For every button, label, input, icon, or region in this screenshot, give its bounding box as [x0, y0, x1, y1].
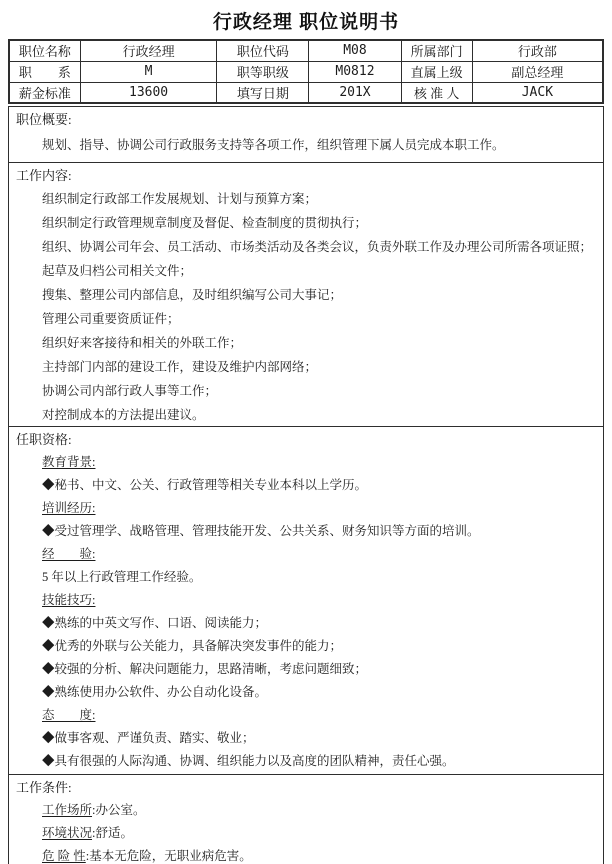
condition-item-environment: 环境状况:舒适。: [42, 822, 597, 845]
field-value-department: 行政部: [472, 40, 603, 61]
field-value-salary: 13600: [80, 82, 217, 103]
field-value-approver: JACK: [472, 82, 603, 103]
qualification-item: ◆具有很强的人际沟通、协调、组织能力以及高度的团队精神，责任心强。: [42, 750, 597, 773]
qualification-item: ◆熟练使用办公软件、办公自动化设备。: [42, 681, 597, 704]
document-page: 行政经理 职位说明书 职位名称 行政经理 职位代码 M08 所属部门 行政部 职…: [0, 0, 612, 864]
field-label-supervisor: 直属上级: [401, 61, 472, 82]
qualification-subheading-skills: 技能技巧:: [42, 589, 597, 612]
qualification-item: 5 年以上行政管理工作经验。: [42, 566, 597, 589]
qualification-subheading-attitude: 态 度:: [42, 704, 597, 727]
qualification-subheading-experience: 经 验:: [42, 543, 597, 566]
summary-text: 规划、指导、协调公司行政服务支持等各项工作，组织管理下属人员完成本职工作。: [42, 131, 597, 159]
field-value-supervisor: 副总经理: [472, 61, 603, 82]
condition-text: :基本无危险，无职业病危害。: [86, 849, 252, 863]
duty-item: 起草及归档公司相关文件；: [42, 259, 597, 283]
condition-label: 环境状况: [42, 826, 92, 840]
condition-text: :办公室。: [92, 803, 145, 817]
duty-item: 组织好来客接待和相关的外联工作；: [42, 331, 597, 355]
section-heading-qualifications: 任职资格:: [16, 429, 597, 451]
field-label-position-code: 职位代码: [217, 40, 309, 61]
condition-item-workplace: 工作场所:办公室。: [42, 799, 597, 822]
table-row: 薪金标准 13600 填写日期 201X 核 准 人 JACK: [9, 82, 603, 103]
condition-label: 危 险 性: [42, 849, 86, 863]
field-value-position-name: 行政经理: [80, 40, 217, 61]
page-title: 行政经理 职位说明书: [0, 0, 612, 39]
section-qualifications: 任职资格: 教育背景: ◆秘书、中文、公关、行政管理等相关专业本科以上学历。 培…: [9, 427, 603, 775]
qualification-subheading-education: 教育背景:: [42, 451, 597, 474]
duty-item: 主持部门内部的建设工作，建设及维护内部网络；: [42, 355, 597, 379]
qualification-item: ◆受过管理学、战略管理、管理技能开发、公共关系、财务知识等方面的培训。: [42, 520, 597, 543]
field-label-department: 所属部门: [401, 40, 472, 61]
field-label-position-name: 职位名称: [9, 40, 80, 61]
content-box: 职位概要: 规划、指导、协调公司行政服务支持等各项工作，组织管理下属人员完成本职…: [8, 106, 604, 864]
qualification-item: ◆优秀的外联与公关能力，具备解决突发事件的能力；: [42, 635, 597, 658]
duty-item: 对控制成本的方法提出建议。: [42, 403, 597, 427]
field-label-job-family: 职 系: [9, 61, 80, 82]
qualification-item: ◆较强的分析、解决问题能力，思路清晰，考虑问题细致；: [42, 658, 597, 681]
condition-text: :舒适。: [92, 826, 133, 840]
section-heading-duties: 工作内容:: [16, 165, 597, 187]
field-value-job-grade: M0812: [309, 61, 401, 82]
duty-item: 组织制定行政部工作发展规划、计划与预算方案；: [42, 187, 597, 211]
section-heading-summary: 职位概要:: [16, 109, 597, 131]
table-row: 职位名称 行政经理 职位代码 M08 所属部门 行政部: [9, 40, 603, 61]
section-summary: 职位概要: 规划、指导、协调公司行政服务支持等各项工作，组织管理下属人员完成本职…: [9, 107, 603, 163]
field-value-job-family: M: [80, 61, 217, 82]
duty-item: 搜集、整理公司内部信息，及时组织编写公司大事记；: [42, 283, 597, 307]
field-value-fill-date: 201X: [309, 82, 401, 103]
field-label-fill-date: 填写日期: [217, 82, 309, 103]
field-value-position-code: M08: [309, 40, 401, 61]
duty-item: 管理公司重要资质证件；: [42, 307, 597, 331]
field-label-approver: 核 准 人: [401, 82, 472, 103]
info-table: 职位名称 行政经理 职位代码 M08 所属部门 行政部 职 系 M 职等职级 M…: [8, 39, 604, 104]
qualification-item: ◆秘书、中文、公关、行政管理等相关专业本科以上学历。: [42, 474, 597, 497]
table-row: 职 系 M 职等职级 M0812 直属上级 副总经理: [9, 61, 603, 82]
section-duties: 工作内容: 组织制定行政部工作发展规划、计划与预算方案； 组织制定行政管理规章制…: [9, 163, 603, 427]
duty-item: 组织、协调公司年会、员工活动、市场类活动及各类会议，负责外联工作及办理公司所需各…: [42, 235, 597, 259]
section-conditions: 工作条件: 工作场所:办公室。 环境状况:舒适。 危 险 性:基本无危险，无职业…: [9, 775, 603, 864]
duty-item: 协调公司内部行政人事等工作；: [42, 379, 597, 403]
qualification-subheading-training: 培训经历:: [42, 497, 597, 520]
condition-item-risk: 危 险 性:基本无危险，无职业病危害。: [42, 845, 597, 864]
qualification-item: ◆做事客观、严谨负责、踏实、敬业；: [42, 727, 597, 750]
field-label-job-grade: 职等职级: [217, 61, 309, 82]
condition-label: 工作场所: [42, 803, 92, 817]
qualification-item: ◆熟练的中英文写作、口语、阅读能力；: [42, 612, 597, 635]
field-label-salary: 薪金标准: [9, 82, 80, 103]
duty-item: 组织制定行政管理规章制度及督促、检查制度的贯彻执行；: [42, 211, 597, 235]
section-heading-conditions: 工作条件:: [16, 777, 597, 799]
